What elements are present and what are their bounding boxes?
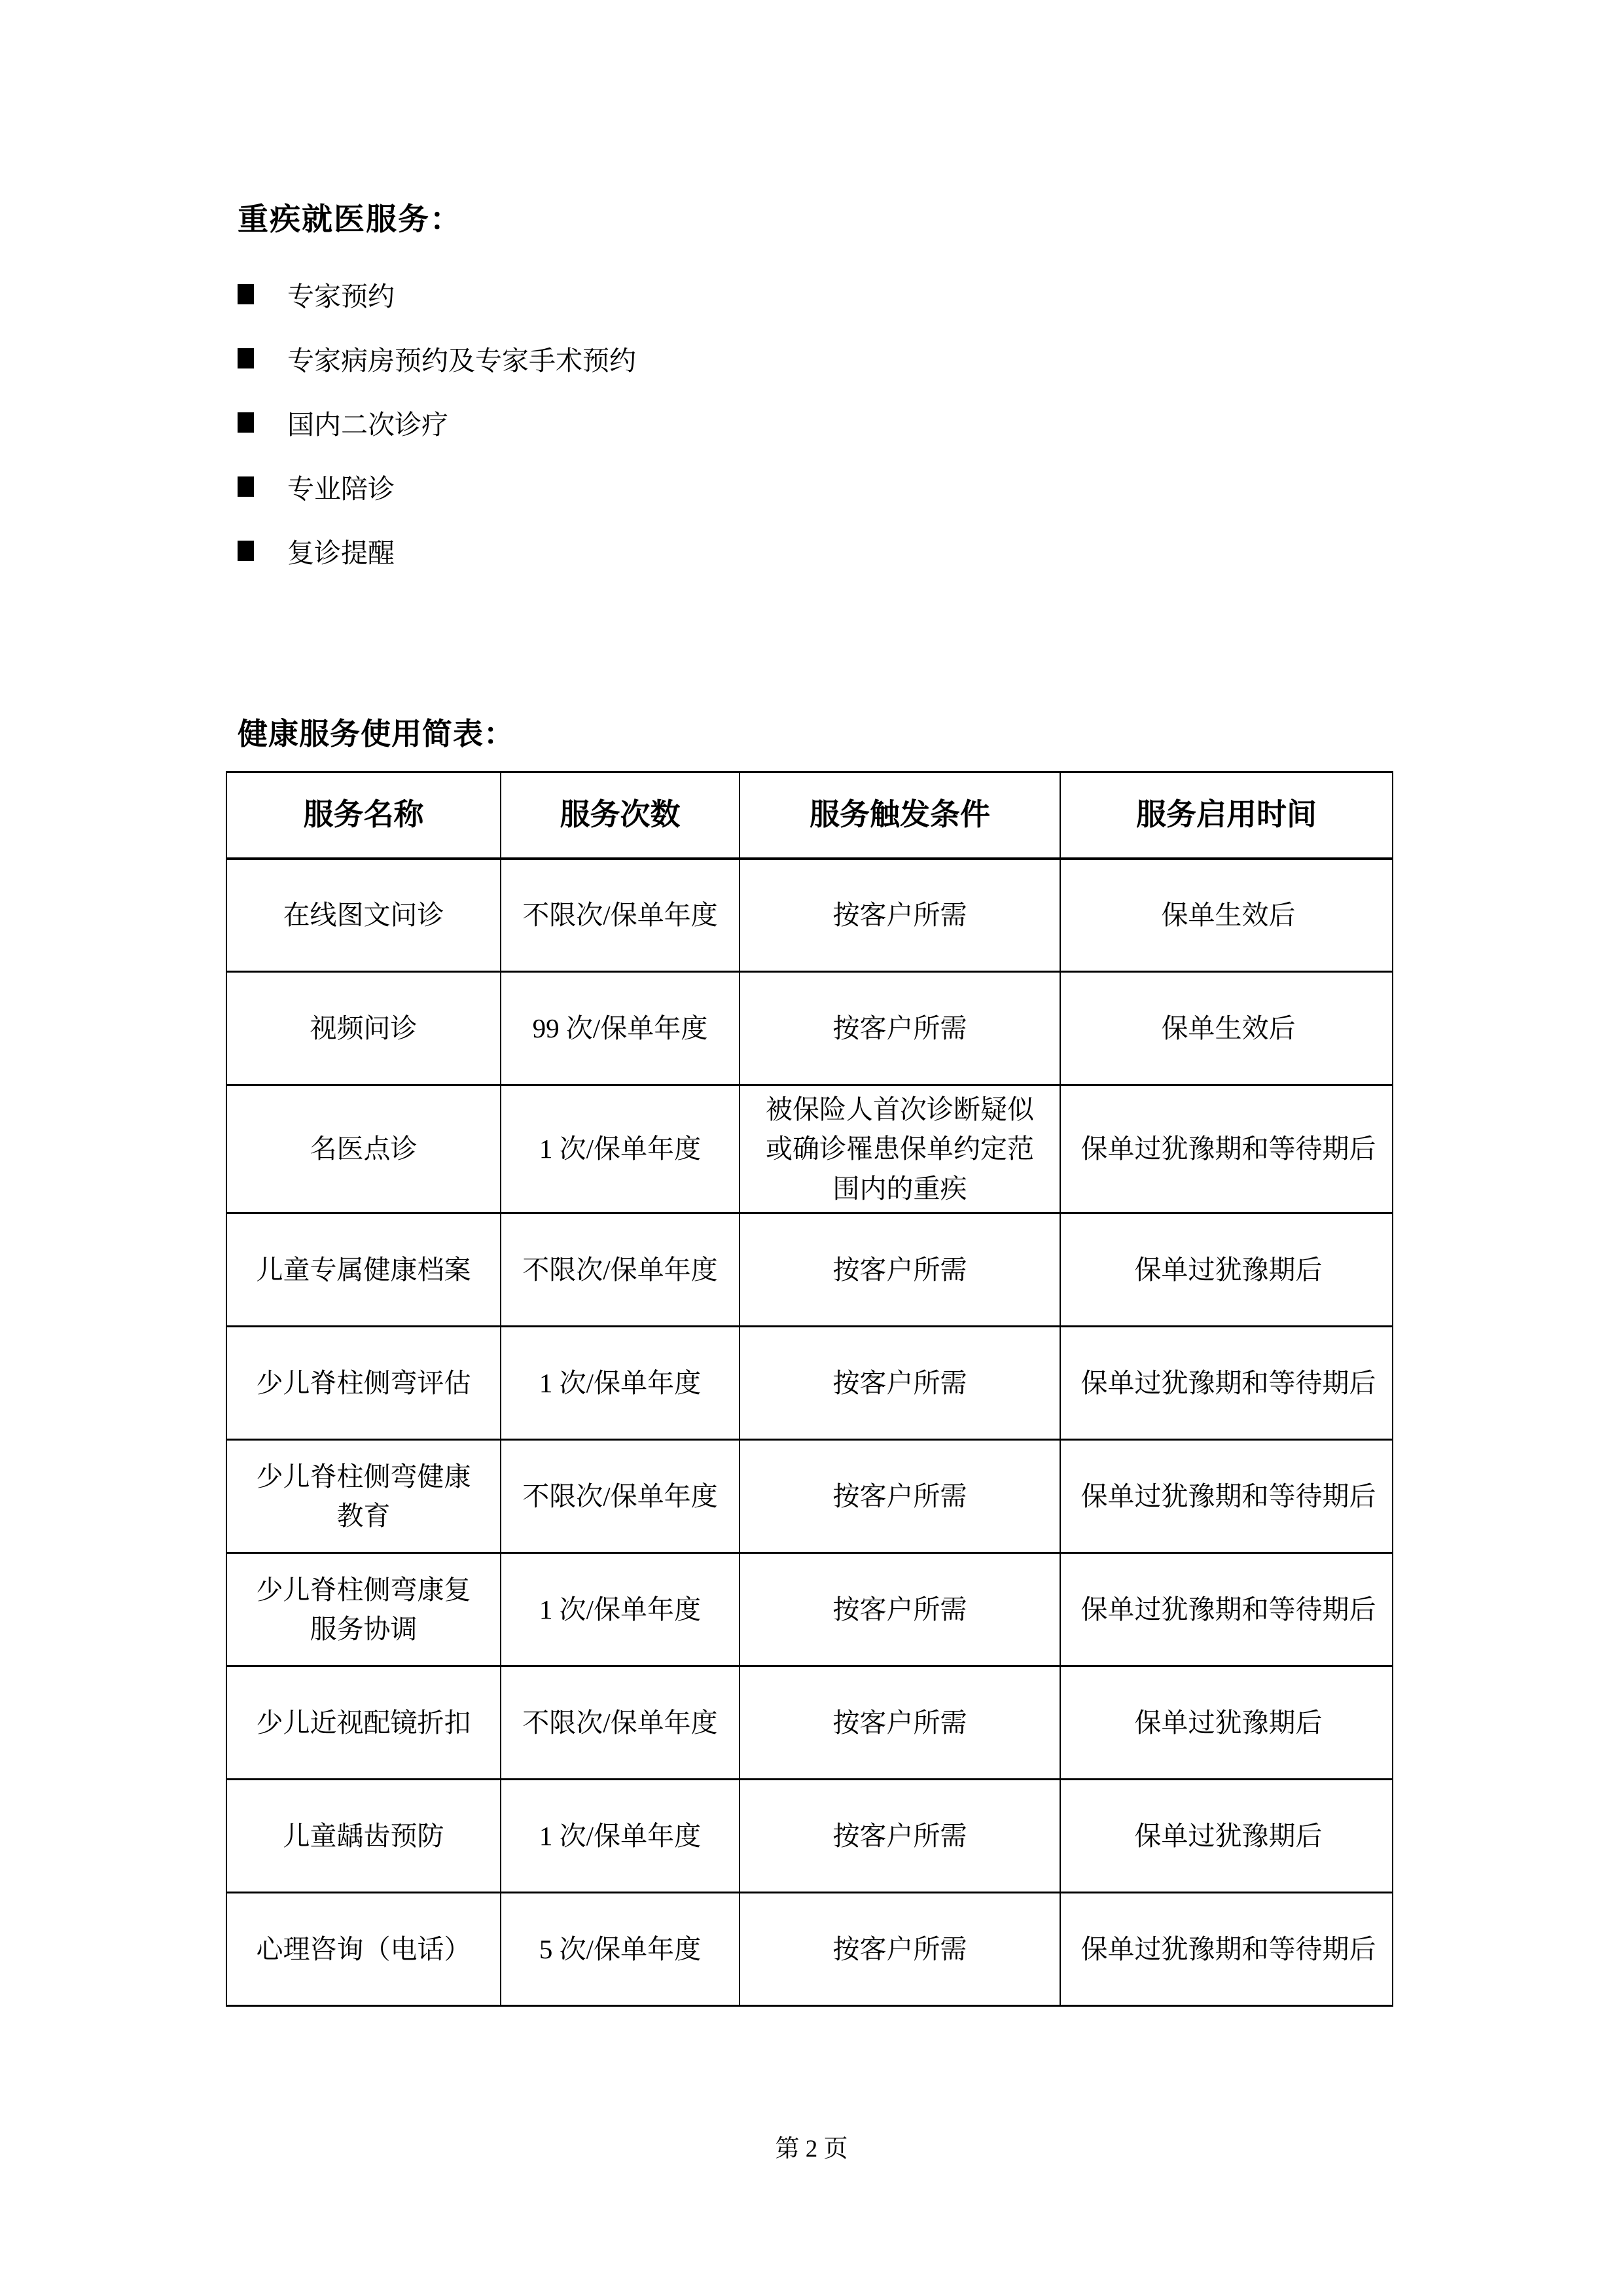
cell-trigger-condition: 按客户所需 [740,1552,1060,1666]
cell-trigger-condition: 按客户所需 [740,859,1060,972]
cell-start-time: 保单过犹豫期后 [1060,1666,1393,1779]
bullet-square-icon [238,541,254,561]
page-number: 第 2 页 [0,2128,1623,2164]
cell-start-time: 保单过犹豫期和等待期后 [1060,1326,1393,1439]
table-row: 少儿脊柱侧弯健康教育 不限次/保单年度 按客户所需 保单过犹豫期和等待期后 [226,1439,1393,1552]
table-header-row: 服务名称 服务次数 服务触发条件 服务启用时间 [226,772,1393,859]
cell-service-name: 名医点诊 [226,1085,501,1213]
cell-trigger-condition: 被保险人首次诊断疑似或确诊罹患保单约定范围内的重疾 [740,1085,1060,1213]
cell-service-count: 1 次/保单年度 [501,1779,740,1892]
cell-service-name: 心理咨询（电话） [226,1892,501,2005]
cell-start-time: 保单生效后 [1060,972,1393,1085]
table-row: 心理咨询（电话） 5 次/保单年度 按客户所需 保单过犹豫期和等待期后 [226,1892,1393,2005]
cell-service-count: 不限次/保单年度 [501,859,740,972]
cell-trigger-condition: 按客户所需 [740,1666,1060,1779]
cell-service-count: 99 次/保单年度 [501,972,740,1085]
cell-service-name: 少儿近视配镜折扣 [226,1666,501,1779]
cell-service-name: 儿童龋齿预防 [226,1779,501,1892]
section-title-health-service-table: 健康服务使用简表： [238,716,514,752]
cell-service-count: 不限次/保单年度 [501,1666,740,1779]
cell-service-count: 5 次/保单年度 [501,1892,740,2005]
bullet-square-icon [238,412,254,433]
cell-start-time: 保单过犹豫期后 [1060,1779,1393,1892]
cell-service-count: 不限次/保单年度 [501,1439,740,1552]
table-row: 视频问诊 99 次/保单年度 按客户所需 保单生效后 [226,972,1393,1085]
column-header-start-time: 服务启用时间 [1060,772,1393,859]
cell-service-name: 儿童专属健康档案 [226,1213,501,1326]
cell-service-count: 1 次/保单年度 [501,1326,740,1439]
cell-trigger-condition: 按客户所需 [740,972,1060,1085]
cell-trigger-condition: 按客户所需 [740,1213,1060,1326]
cell-start-time: 保单过犹豫期和等待期后 [1060,1439,1393,1552]
column-header-service-name: 服务名称 [226,772,501,859]
bullet-square-icon [238,284,254,304]
health-services-table: 服务名称 服务次数 服务触发条件 服务启用时间 在线图文问诊 不限次/保单年度 … [226,771,1393,2007]
cell-trigger-condition: 按客户所需 [740,1326,1060,1439]
document-page: 重疾就医服务： 专家预约 专家病房预约及专家手术预约 国内二次诊疗 专业陪诊 复… [0,0,1623,2296]
table-row: 儿童专属健康档案 不限次/保单年度 按客户所需 保单过犹豫期后 [226,1213,1393,1326]
cell-start-time: 保单生效后 [1060,859,1393,972]
cell-service-count: 1 次/保单年度 [501,1085,740,1213]
bullet-square-icon [238,476,254,497]
column-header-service-count: 服务次数 [501,772,740,859]
bullet-label: 复诊提醒 [287,531,395,570]
table-row: 少儿近视配镜折扣 不限次/保单年度 按客户所需 保单过犹豫期后 [226,1666,1393,1779]
cell-start-time: 保单过犹豫期和等待期后 [1060,1892,1393,2005]
list-item: 专家病房预约及专家手术预约 [238,326,636,390]
bullet-label: 专业陪诊 [287,467,395,506]
table-row: 在线图文问诊 不限次/保单年度 按客户所需 保单生效后 [226,859,1393,972]
cell-service-count: 不限次/保单年度 [501,1213,740,1326]
cell-service-name: 少儿脊柱侧弯评估 [226,1326,501,1439]
table-row: 名医点诊 1 次/保单年度 被保险人首次诊断疑似或确诊罹患保单约定范围内的重疾 … [226,1085,1393,1213]
bullet-label: 专家病房预约及专家手术预约 [287,339,636,378]
cell-service-name: 少儿脊柱侧弯健康教育 [226,1439,501,1552]
service-bullet-list: 专家预约 专家病房预约及专家手术预约 国内二次诊疗 专业陪诊 复诊提醒 [238,262,636,583]
cell-service-count: 1 次/保单年度 [501,1552,740,1666]
cell-trigger-condition: 按客户所需 [740,1439,1060,1552]
list-item: 国内二次诊疗 [238,390,636,454]
bullet-label: 国内二次诊疗 [287,403,448,442]
table-row: 少儿脊柱侧弯康复服务协调 1 次/保单年度 按客户所需 保单过犹豫期和等待期后 [226,1552,1393,1666]
cell-start-time: 保单过犹豫期和等待期后 [1060,1085,1393,1213]
list-item: 专业陪诊 [238,454,636,518]
cell-start-time: 保单过犹豫期和等待期后 [1060,1552,1393,1666]
bullet-square-icon [238,348,254,368]
list-item: 复诊提醒 [238,518,636,583]
cell-service-name: 视频问诊 [226,972,501,1085]
cell-trigger-condition: 按客户所需 [740,1892,1060,2005]
cell-start-time: 保单过犹豫期后 [1060,1213,1393,1326]
table-row: 少儿脊柱侧弯评估 1 次/保单年度 按客户所需 保单过犹豫期和等待期后 [226,1326,1393,1439]
cell-trigger-condition: 按客户所需 [740,1779,1060,1892]
bullet-label: 专家预约 [287,275,395,314]
column-header-trigger-condition: 服务触发条件 [740,772,1060,859]
cell-service-name: 少儿脊柱侧弯康复服务协调 [226,1552,501,1666]
section-title-critical-illness-services: 重疾就医服务： [238,200,462,239]
list-item: 专家预约 [238,262,636,326]
cell-service-name: 在线图文问诊 [226,859,501,972]
table-row: 儿童龋齿预防 1 次/保单年度 按客户所需 保单过犹豫期后 [226,1779,1393,1892]
